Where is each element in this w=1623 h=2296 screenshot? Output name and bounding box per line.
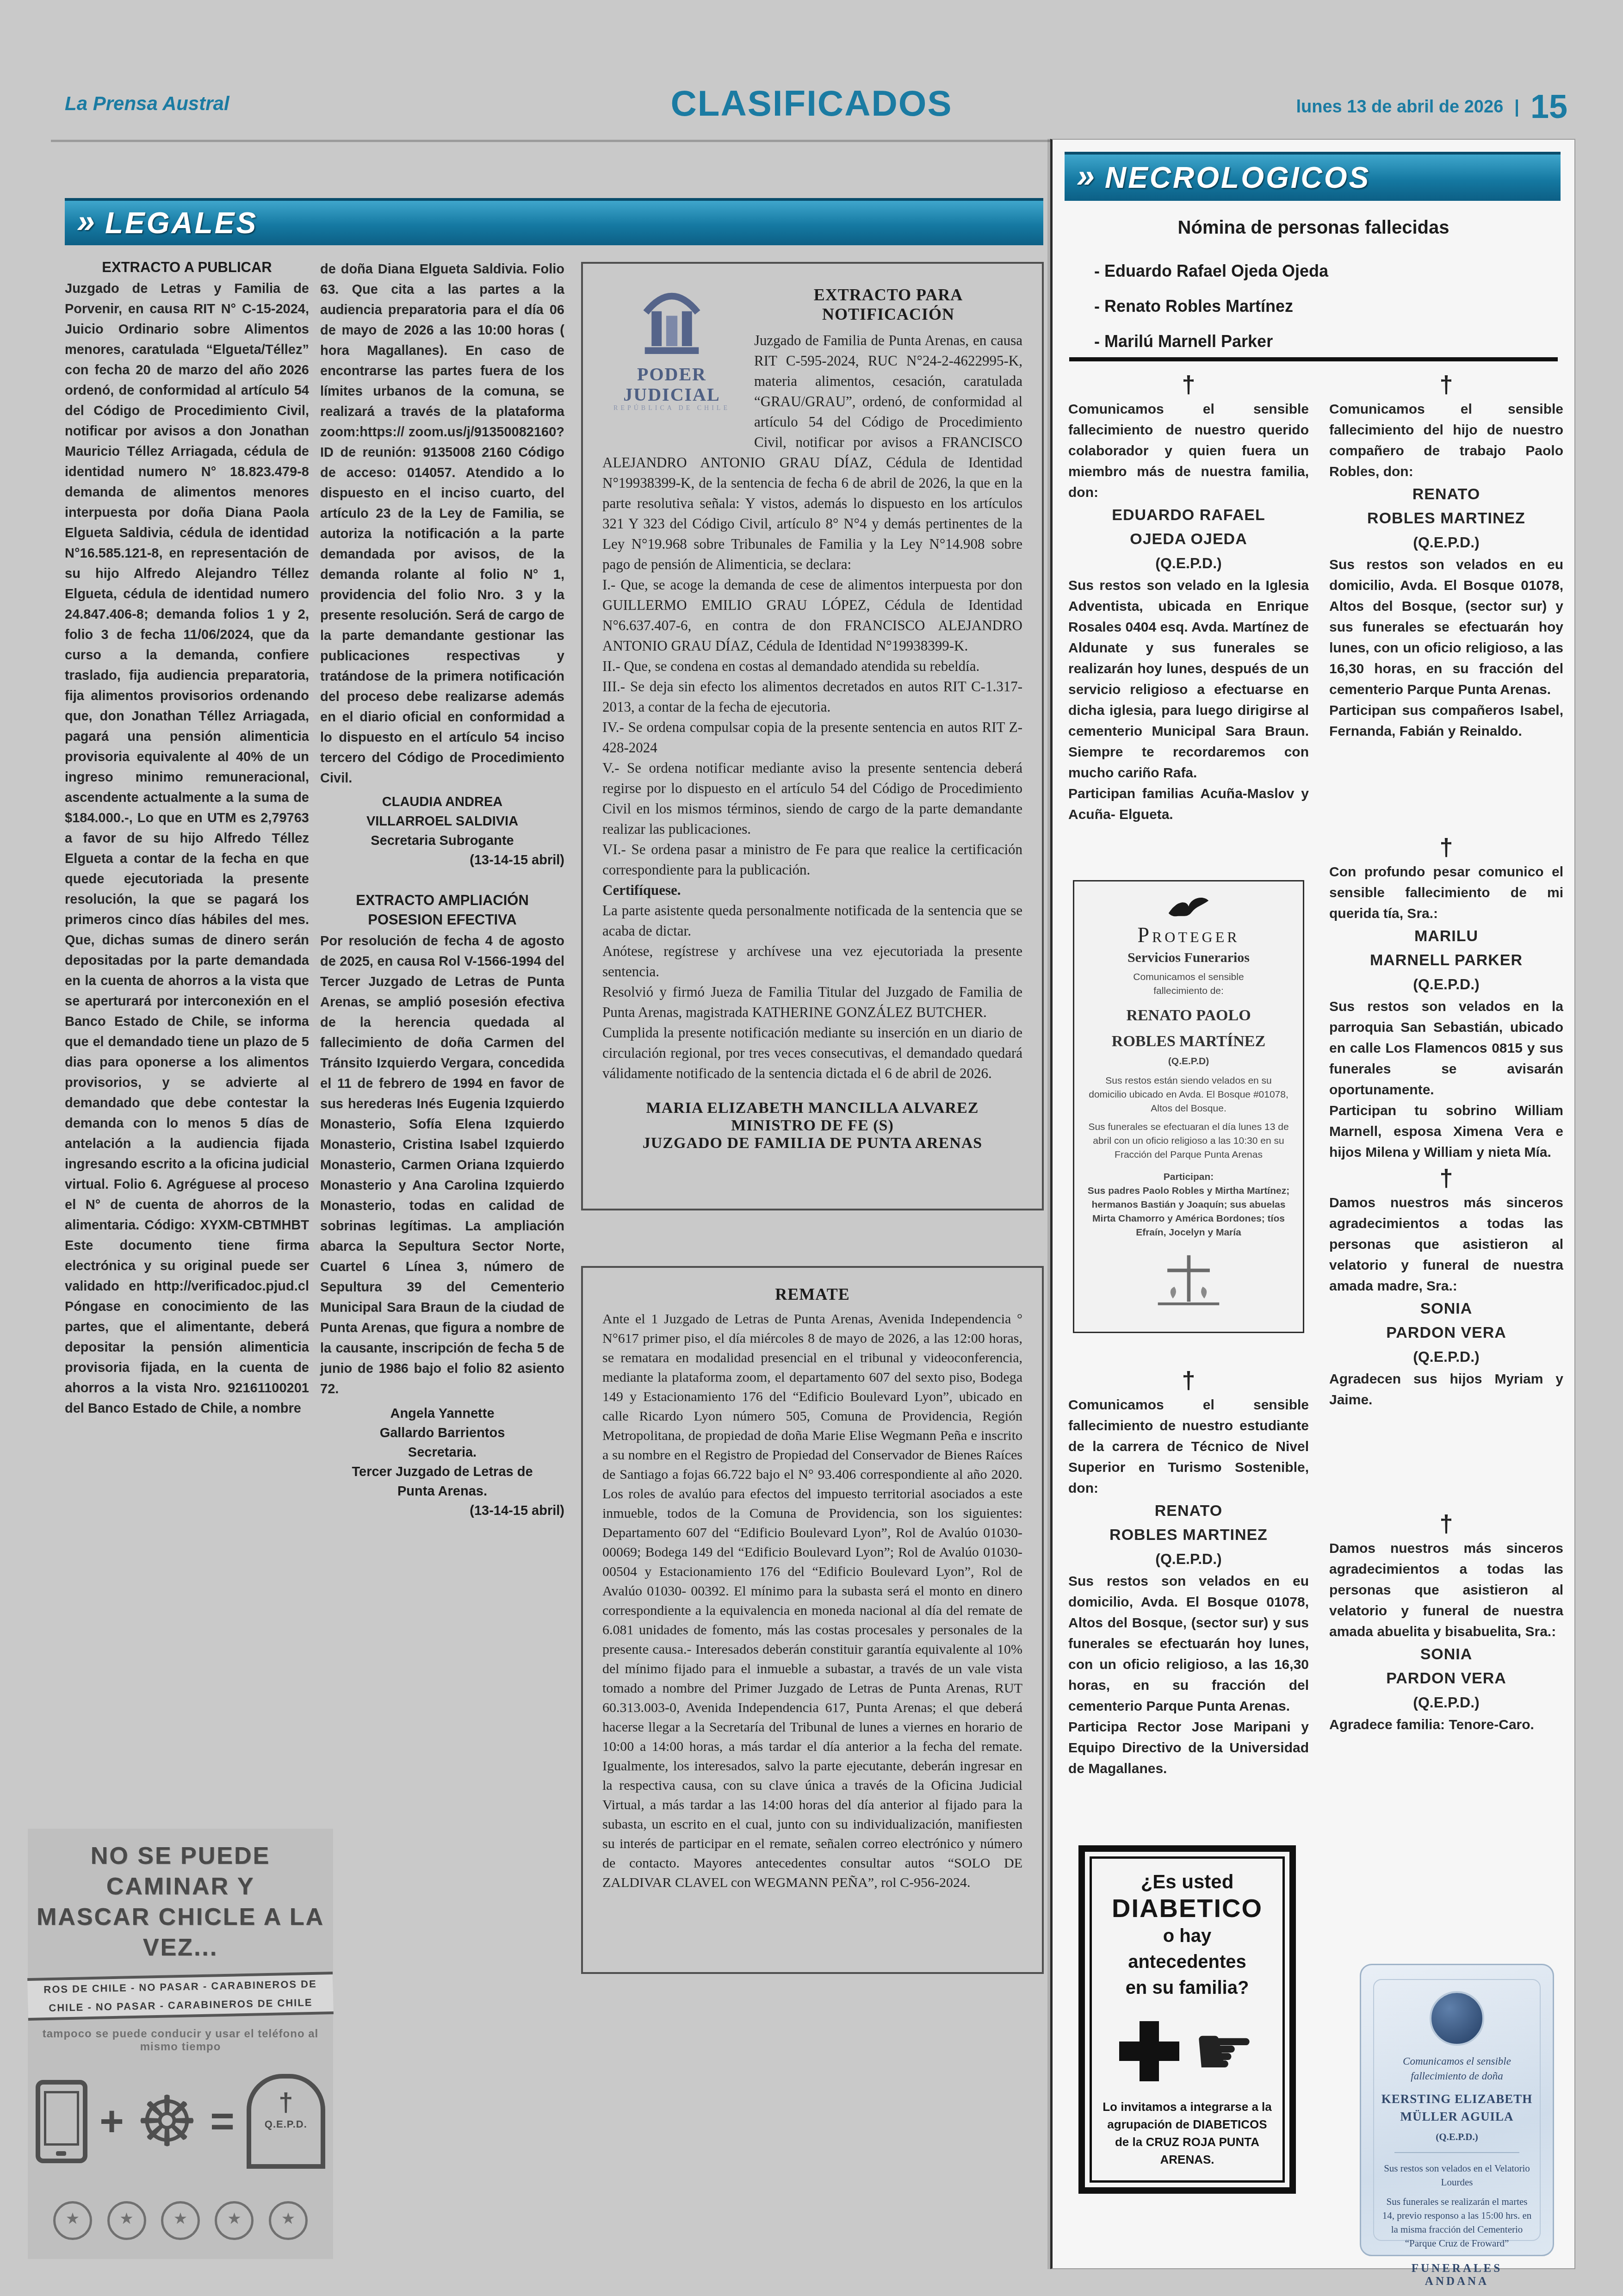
resolutivo-item-5: V.- Se ordena notificar mediante aviso l… bbox=[602, 758, 1022, 839]
tombstone-cross: † bbox=[251, 2086, 321, 2118]
secretaria2-name-line1: Angela Yannette bbox=[320, 1404, 564, 1423]
deceased-name-line1: EDUARDO RAFAEL bbox=[1068, 503, 1309, 527]
remate-box: REMATE Ante el 1 Juzgado de Letras de Pu… bbox=[581, 1266, 1044, 1974]
legales-column-2: de doña Diana Elgueta Saldivia. Folio 63… bbox=[320, 259, 564, 1520]
proteger-intro-line1: Comunicamos el sensible bbox=[1086, 970, 1291, 984]
resolvio-paragraph: Resolvió y firmó Jueza de Familia Titula… bbox=[602, 982, 1022, 1023]
obituary-sonia-pardon-madre: † Damos nuestros más sinceros agradecimi… bbox=[1329, 1165, 1563, 1410]
campaign-subline: tampoco se puede conducir y usar el telé… bbox=[28, 2028, 333, 2054]
deceased-name-line1: MARILU bbox=[1329, 924, 1563, 948]
diabetico-ad: ¿Es usted DIABETICO o hay antecedentes e… bbox=[1078, 1845, 1296, 2194]
diabetico-ad-inner: ¿Es usted DIABETICO o hay antecedentes e… bbox=[1090, 1856, 1285, 2183]
obituary-participants: Agradece familia: Tenore-Caro. bbox=[1329, 1714, 1563, 1735]
smartphone-icon bbox=[36, 2080, 87, 2163]
proteger-participants: Sus padres Paolo Robles y Mirtha Martíne… bbox=[1086, 1184, 1291, 1240]
nomina-divider bbox=[1069, 357, 1558, 361]
deceased-list-item: - Marilú Marnell Parker bbox=[1094, 324, 1328, 359]
deceased-name-line2: MARNELL PARKER bbox=[1329, 948, 1563, 972]
deceased-name-line2: ROBLES MARTÍNEZ bbox=[1086, 1029, 1291, 1055]
proteger-funeral-notice: Proteger Servicios Funerarios Comunicamo… bbox=[1073, 880, 1304, 1333]
qepd-line: (Q.E.P.D.) bbox=[1329, 1690, 1563, 1714]
obituary-renato-trabajo: † Comunicamos el sensible fallecimiento … bbox=[1329, 371, 1563, 742]
publication-dates-2: (13-14-15 abril) bbox=[320, 1501, 564, 1520]
secretaria2-role: Secretaria. bbox=[320, 1443, 564, 1462]
plus-sign: + bbox=[99, 2085, 124, 2159]
carabineros-badge-icon: ★ bbox=[215, 2201, 254, 2240]
qepd-line: (Q.E.P.D.) bbox=[1068, 1547, 1309, 1571]
diabetico-line5: en su familia? bbox=[1100, 1975, 1274, 2001]
secretaria-name-line2: VILLARROEL SALDIVIA bbox=[320, 812, 564, 831]
poder-judicial-logo-text: PODER JUDICIAL bbox=[602, 364, 741, 405]
steering-wheel-icon: ☸ bbox=[136, 2087, 198, 2156]
resolutivo-item-4: IV.- Se ordena compulsar copia de la pre… bbox=[602, 717, 1022, 758]
equals-sign: = bbox=[210, 2085, 235, 2159]
parte-asistente-paragraph: La parte asistente queda personalmente n… bbox=[602, 900, 1022, 941]
deceased-name-line2: ROBLES MARTINEZ bbox=[1329, 506, 1563, 530]
cross-icon: † bbox=[1068, 1367, 1309, 1395]
tribunal-line2: Punta Arenas. bbox=[320, 1482, 564, 1501]
diabetico-invite-text: Lo invitamos a integrarse a la agrupació… bbox=[1100, 2098, 1274, 2168]
secretaria-role: Secretaria Subrogante bbox=[320, 831, 564, 850]
obituary-body: Sus restos son velado en la Iglesia Adve… bbox=[1068, 575, 1309, 783]
dove-icon bbox=[1166, 893, 1211, 920]
obituary-renato-umag: † Comunicamos el sensible fallecimiento … bbox=[1068, 1367, 1309, 1779]
andana-intro-text: Comunicamos el sensible fallecimiento de… bbox=[1381, 2054, 1533, 2084]
carabineros-campaign-ad: NO SE PUEDE CAMINAR Y MASCAR CHICLE A LA… bbox=[28, 1829, 333, 2259]
page-number: 15 bbox=[1530, 88, 1567, 126]
cross-ornament-icon bbox=[1149, 1249, 1228, 1318]
obituary-participants: Participan sus compañeros Isabel, Fernan… bbox=[1329, 700, 1563, 742]
campaign-headline-line1: NO SE PUEDE CAMINAR Y bbox=[28, 1829, 333, 1902]
cross-icon: † bbox=[1329, 371, 1563, 399]
qepd-line: (Q.E.P.D.) bbox=[1329, 530, 1563, 554]
chevrons-icon: » bbox=[1077, 157, 1095, 194]
extracto-publicar-body: Juzgado de Letras y Familia de Porvenir,… bbox=[65, 279, 309, 1419]
tombstone-icon: † Q.E.P.D. bbox=[247, 2074, 325, 2169]
anotese-paragraph: Anótese, regístrese y archívese una vez … bbox=[602, 941, 1022, 982]
pictogram-row: + ☸ = † Q.E.P.D. bbox=[28, 2074, 333, 2169]
qepd-line: (Q.E.P.D.) bbox=[1068, 551, 1309, 575]
date-text: lunes 13 de abril de 2026 bbox=[1296, 97, 1503, 117]
proteger-brand: Proteger bbox=[1086, 923, 1291, 947]
andana-emblem-icon bbox=[1430, 1991, 1484, 2046]
obituary-intro: Damos nuestros más sinceros agradecimien… bbox=[1329, 1538, 1563, 1642]
certifiquese-line: Certifíquese. bbox=[602, 880, 1022, 900]
qepd-line: (Q.E.P.D.) bbox=[1329, 1345, 1563, 1369]
pointing-hand-icon: ☛ bbox=[1193, 2017, 1255, 2086]
extracto-ampliacion-title-line1: EXTRACTO AMPLIACIÓN bbox=[320, 892, 564, 909]
obituary-intro: Damos nuestros más sinceros agradecimien… bbox=[1329, 1192, 1563, 1297]
obituary-marilu-marnell: † Con profundo pesar comunico el sensibl… bbox=[1329, 834, 1563, 1163]
deceased-name-line1: RENATO bbox=[1068, 1499, 1309, 1523]
secretaria-name-line1: CLAUDIA ANDREA bbox=[320, 792, 564, 812]
extracto-notificacion-box: PODER JUDICIAL REPÚBLICA DE CHILE EXTRAC… bbox=[581, 262, 1044, 1210]
carabineros-badges-row: ★ ★ ★ ★ ★ bbox=[28, 2201, 333, 2240]
deceased-name-line2: ROBLES MARTINEZ bbox=[1068, 1523, 1309, 1547]
carabineros-badge-icon: ★ bbox=[161, 2201, 200, 2240]
andana-body-2: Sus funerales se realizarán el martes 14… bbox=[1381, 2195, 1533, 2250]
participants-label: Participan: bbox=[1086, 1170, 1291, 1184]
extracto-publicar-continuation: de doña Diana Elgueta Saldivia. Folio 63… bbox=[320, 259, 564, 788]
extracto-ampliacion-body: Por resolución de fecha 4 de agosto de 2… bbox=[320, 931, 564, 1399]
proteger-body-2: Sus funerales se efectuaran el día lunes… bbox=[1086, 1120, 1291, 1162]
carabineros-badge-icon: ★ bbox=[53, 2201, 92, 2240]
remate-body: Ante el 1 Juzgado de Letras de Punta Are… bbox=[602, 1309, 1022, 1893]
obituary-body: Sus restos son velados en eu domicilio, … bbox=[1329, 554, 1563, 700]
deceased-name-line1: RENATO bbox=[1329, 482, 1563, 506]
nomina-list: - Eduardo Rafael Ojeda Ojeda - Renato Ro… bbox=[1094, 254, 1328, 359]
resolutivo-item-1: I.- Que, se acoge la demanda de cese de … bbox=[602, 575, 1022, 656]
proteger-subtitle: Servicios Funerarios bbox=[1086, 950, 1291, 966]
cross-icon: † bbox=[1329, 1510, 1563, 1538]
legales-column-1: EXTRACTO A PUBLICAR Juzgado de Letras y … bbox=[65, 259, 309, 1419]
diabetico-line1: ¿Es usted bbox=[1100, 1871, 1274, 1893]
resolutivo-item-3: III.- Se deja sin efecto los alimentos d… bbox=[602, 676, 1022, 717]
cumplida-paragraph: Cumplida la presente notificación median… bbox=[602, 1023, 1022, 1084]
obituary-sonia-pardon-abuela: † Damos nuestros más sinceros agradecimi… bbox=[1329, 1510, 1563, 1735]
diabetico-graphics-row: ☛ bbox=[1100, 2017, 1274, 2086]
chevrons-icon: » bbox=[77, 203, 95, 240]
obituary-intro: Con profundo pesar comunico el sensible … bbox=[1329, 862, 1563, 924]
publication-dates-1: (13-14-15 abril) bbox=[320, 850, 564, 870]
diabetico-line4: antecedentes bbox=[1100, 1949, 1274, 1975]
secretaria2-name-line2: Gallardo Barrientos bbox=[320, 1423, 564, 1443]
campaign-headline-line2: MASCAR CHICLE A LA VEZ... bbox=[28, 1902, 333, 1963]
resolutivo-item-2: II.- Que, se condena en costas al demand… bbox=[602, 656, 1022, 676]
extracto-publicar-title: EXTRACTO A PUBLICAR bbox=[65, 259, 309, 276]
cross-icon: † bbox=[1329, 1165, 1563, 1192]
necrologicos-banner-label: NECROLOGICOS bbox=[1105, 161, 1370, 195]
obituary-eduardo-ojeda: † Comunicamos el sensible fallecimiento … bbox=[1068, 371, 1309, 825]
cross-icon: † bbox=[1068, 371, 1309, 399]
obituary-body: Sus restos son velados en la parroquia S… bbox=[1329, 996, 1563, 1100]
diabetico-line3: o hay bbox=[1100, 1923, 1274, 1949]
obituary-intro: Comunicamos el sensible fallecimiento de… bbox=[1068, 1395, 1309, 1499]
proteger-intro-line2: fallecimiento de: bbox=[1086, 984, 1291, 998]
dateline-group: lunes 13 de abril de 2026 | 15 bbox=[1296, 88, 1567, 126]
juzgado-familia-line: JUZGADO DE FAMILIA DE PUNTA ARENAS bbox=[602, 1135, 1022, 1152]
obituary-participants: Participa Rector Jose Maripani y Equipo … bbox=[1068, 1717, 1309, 1779]
necrologicos-banner: » NECROLOGICOS bbox=[1065, 152, 1561, 201]
deceased-name-line2: PARDON VERA bbox=[1329, 1321, 1563, 1345]
deceased-name-line1: RENATO PAOLO bbox=[1086, 1003, 1291, 1029]
deceased-list-item: - Eduardo Rafael Ojeda Ojeda bbox=[1094, 254, 1328, 289]
carabineros-badge-icon: ★ bbox=[107, 2201, 146, 2240]
diabetico-line2: DIABETICO bbox=[1100, 1893, 1274, 1923]
andana-body-1: Sus restos son velados en el Velatorio L… bbox=[1381, 2161, 1533, 2189]
legales-banner: » LEGALES bbox=[65, 198, 1043, 245]
courthouse-icon bbox=[637, 283, 706, 362]
deceased-list-item: - Renato Robles Martínez bbox=[1094, 289, 1328, 324]
deceased-name-line2: OJEDA OJEDA bbox=[1068, 527, 1309, 551]
proteger-body-1: Sus restos están siendo velados en su do… bbox=[1086, 1074, 1291, 1116]
obituary-participants: Participan familias Acuña-Maslov y Acuña… bbox=[1068, 783, 1309, 825]
hazard-tape-text: ROS DE CHILE - NO PASAR - CARABINEROS DE… bbox=[27, 1972, 334, 2021]
obituary-participants: Participan tu sobrino William Marnell, e… bbox=[1329, 1100, 1563, 1163]
andana-divider bbox=[1394, 2152, 1519, 2153]
deceased-name-line1: KERSTING ELIZABETH bbox=[1381, 2090, 1533, 2108]
poder-judicial-logo: PODER JUDICIAL REPÚBLICA DE CHILE bbox=[602, 283, 741, 436]
legales-banner-label: LEGALES bbox=[105, 206, 258, 240]
funerales-andana-ad: Comunicamos el sensible fallecimiento de… bbox=[1360, 1964, 1554, 2256]
qepd-line: (Q.E.P.D.) bbox=[1329, 972, 1563, 996]
cross-icon: † bbox=[1329, 834, 1563, 862]
tribunal-line1: Tercer Juzgado de Letras de bbox=[320, 1462, 564, 1482]
deceased-name-line1: SONIA bbox=[1329, 1642, 1563, 1666]
qepd-line: (Q.E.P.D.) bbox=[1381, 2130, 1533, 2144]
deceased-name-line1: SONIA bbox=[1329, 1297, 1563, 1321]
nomina-title: Nómina de personas fallecidas bbox=[1053, 217, 1574, 238]
poder-judicial-logo-subtext: REPÚBLICA DE CHILE bbox=[602, 405, 741, 412]
date-separator: | bbox=[1514, 97, 1519, 117]
obituary-intro: Comunicamos el sensible fallecimiento de… bbox=[1068, 399, 1309, 503]
obituary-body: Sus restos son velados en eu domicilio, … bbox=[1068, 1571, 1309, 1717]
ministro-fe-name: MARIA ELIZABETH MANCILLA ALVAREZ bbox=[602, 1099, 1022, 1117]
ministro-fe-role: MINISTRO DE FE (S) bbox=[602, 1117, 1022, 1135]
remate-title: REMATE bbox=[602, 1285, 1022, 1304]
obituary-intro: Comunicamos el sensible fallecimiento de… bbox=[1329, 399, 1563, 482]
obituary-participants: Agradecen sus hijos Myriam y Jaime. bbox=[1329, 1369, 1563, 1410]
resolutivo-item-6: VI.- Se ordena pasar a ministro de Fe pa… bbox=[602, 839, 1022, 880]
carabineros-badge-icon: ★ bbox=[269, 2201, 308, 2240]
qepd-line: (Q.E.P.D) bbox=[1086, 1055, 1291, 1068]
medical-cross-icon bbox=[1119, 2021, 1179, 2081]
newspaper-page: La Prensa Austral CLASIFICADOS lunes 13 … bbox=[0, 0, 1623, 2296]
necrologicos-panel: » NECROLOGICOS Nómina de personas fallec… bbox=[1050, 139, 1575, 2269]
extracto-ampliacion-title-line2: POSESION EFECTIVA bbox=[320, 912, 564, 928]
tombstone-qepd-text: Q.E.P.D. bbox=[251, 2118, 321, 2130]
andana-brand: FUNERALES ANDANA bbox=[1381, 2262, 1533, 2288]
deceased-name-line2: MÜLLER AGUILA bbox=[1381, 2108, 1533, 2125]
deceased-name-line2: PARDON VERA bbox=[1329, 1666, 1563, 1690]
andana-inner-frame: Comunicamos el sensible fallecimiento de… bbox=[1373, 1979, 1541, 2241]
